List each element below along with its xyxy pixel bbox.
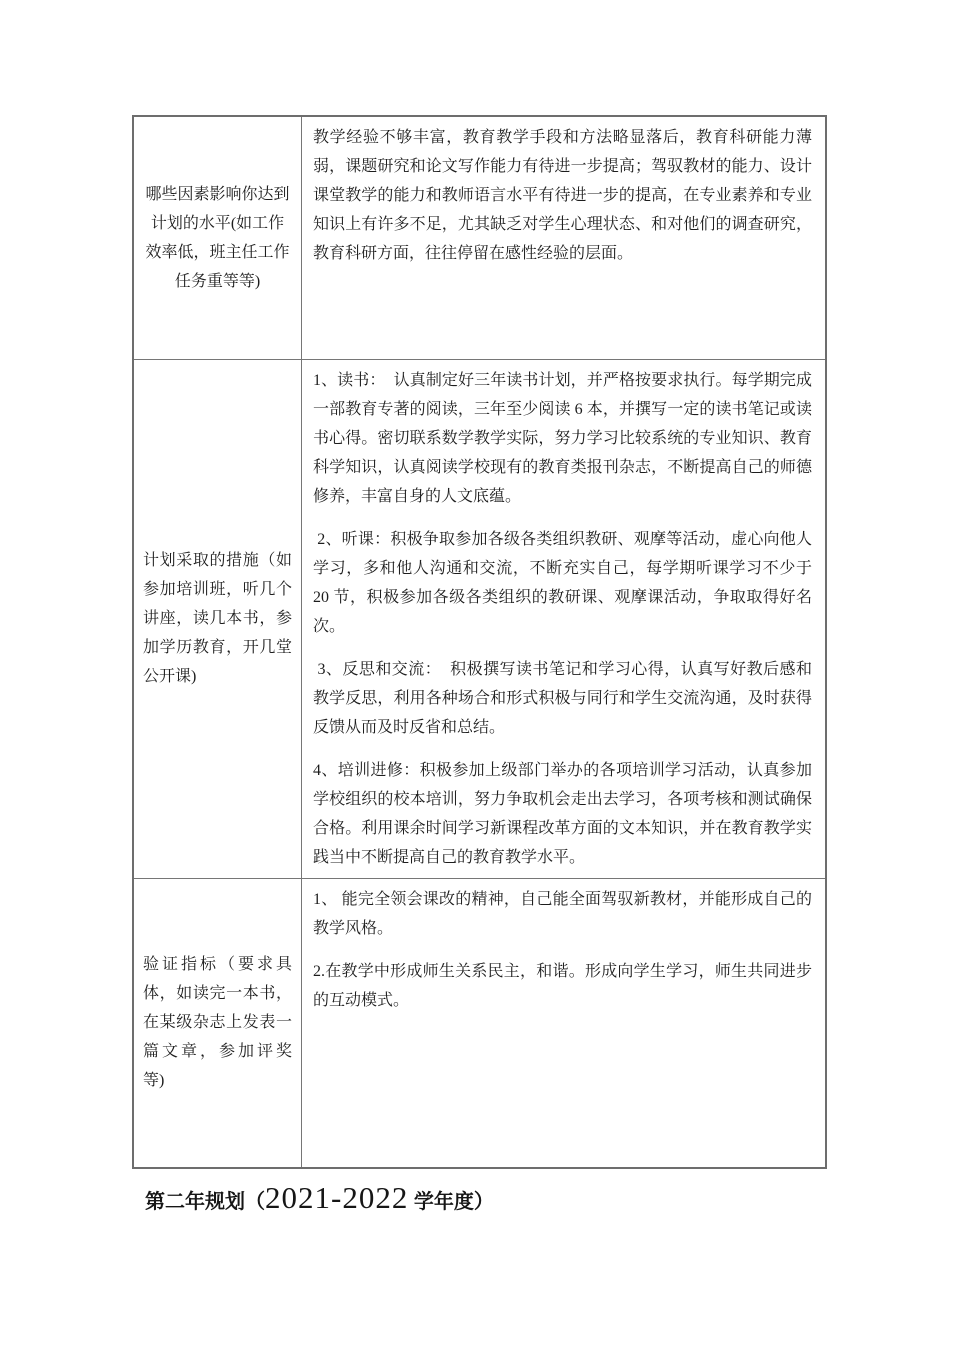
paragraph-reflection-exchange: 3、反思和交流： 积极撰写读书笔记和学习心得，认真写好教后感和教学反思，利用各种… <box>313 655 812 742</box>
row-content-planned-measures: 1、读书： 认真制定好三年读书计划，并严格按要求执行。每学期完成一部教育专著的阅… <box>302 359 827 878</box>
row-content-verification-indicators: 1、 能完全领会课改的精神，自己能全面驾驭新教材，并能形成自己的教学风格。 2.… <box>302 878 827 1168</box>
row-label-planned-measures: 计划采取的措施（如参加培训班，听几个讲座，读几本书，参加学历教育，开几堂公开课) <box>133 359 302 878</box>
paragraph-teacher-student-relation: 2.在教学中形成师生关系民主，和谐。形成向学生学习，师生共同进步的互动模式。 <box>313 957 812 1015</box>
paragraph-training: 4、培训进修：积极参加上级部门举办的各项培训学习活动，认真参加学校组织的校本培训… <box>313 756 812 872</box>
heading-prefix: 第二年规划（ <box>145 1191 265 1213</box>
row-content-influencing-factors: 教学经验不够丰富，教育教学手段和方法略显落后，教育科研能力薄弱，课题研究和论文写… <box>302 116 827 359</box>
document-page: 哪些因素影响你达到计划的水平(如工作效率低，班主任工作任务重等等) 教学经验不够… <box>0 0 960 1357</box>
table-row: 计划采取的措施（如参加培训班，听几个讲座，读几本书，参加学历教育，开几堂公开课)… <box>133 359 826 878</box>
paragraph: 教学经验不够丰富，教育教学手段和方法略显落后，教育科研能力薄弱，课题研究和论文写… <box>313 123 812 268</box>
paragraph-curriculum-reform: 1、 能完全领会课改的精神，自己能全面驾驭新教材，并能形成自己的教学风格。 <box>313 885 812 943</box>
second-year-plan-heading: 第二年规划（2021-2022 学年度） <box>145 1180 494 1216</box>
paragraph-lesson-observation: 2、听课：积极争取参加各级各类组织教研、观摩等活动，虚心向他人学习，多和他人沟通… <box>313 525 812 641</box>
table-row: 验证指标（要求具体，如读完一本书，在某级杂志上发表一篇文章，参加评奖等) 1、 … <box>133 878 826 1168</box>
plan-table: 哪些因素影响你达到计划的水平(如工作效率低，班主任工作任务重等等) 教学经验不够… <box>132 115 827 1169</box>
row-label-verification-indicators: 验证指标（要求具体，如读完一本书，在某级杂志上发表一篇文章，参加评奖等) <box>133 878 302 1168</box>
heading-suffix: 学年度） <box>408 1191 494 1213</box>
heading-years: 2021-2022 <box>265 1180 408 1215</box>
row-label-influencing-factors: 哪些因素影响你达到计划的水平(如工作效率低，班主任工作任务重等等) <box>133 116 302 359</box>
paragraph-reading: 1、读书： 认真制定好三年读书计划，并严格按要求执行。每学期完成一部教育专著的阅… <box>313 366 812 511</box>
table-row: 哪些因素影响你达到计划的水平(如工作效率低，班主任工作任务重等等) 教学经验不够… <box>133 116 826 359</box>
